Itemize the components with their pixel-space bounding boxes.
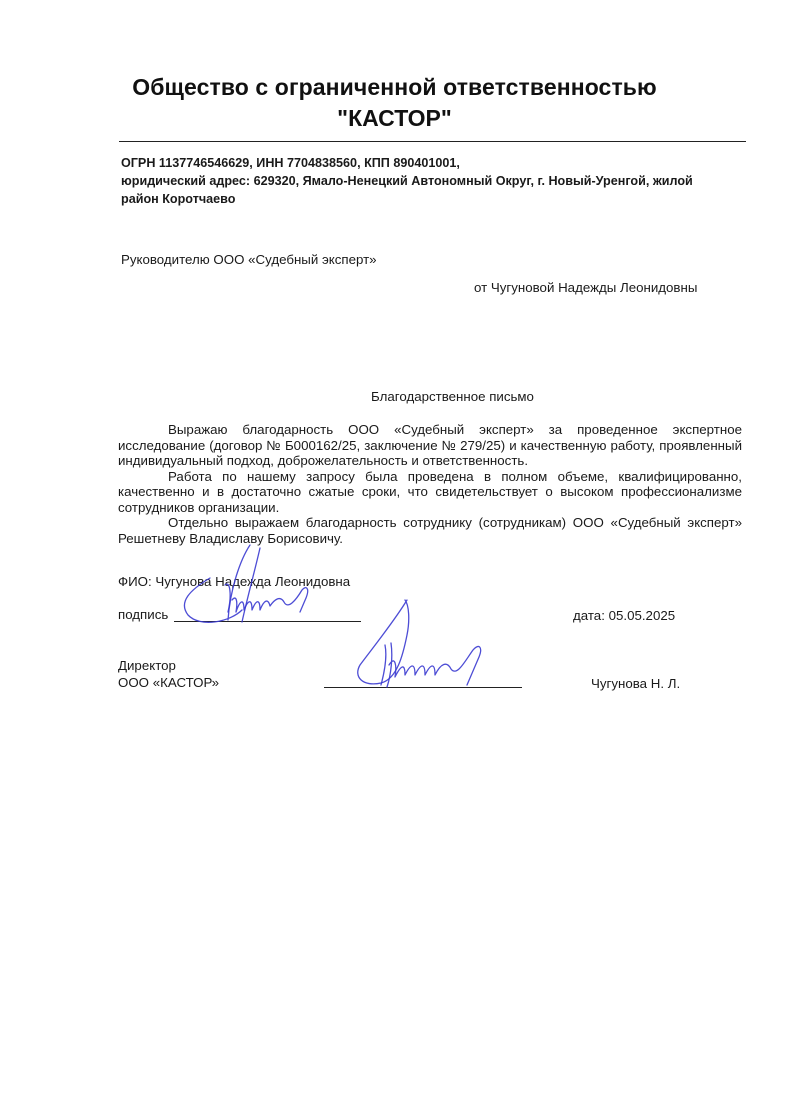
requisites-line3: район Коротчаево: [121, 190, 751, 208]
requisites-line2: юридический адрес: 629320, Ямало-Ненецки…: [121, 172, 751, 190]
letter-body: Выражаю благодарность ООО «Судебный эксп…: [118, 422, 742, 546]
director-signature-icon: [315, 595, 495, 695]
org-requisites: ОГРН 1137746546629, ИНН 7704838560, КПП …: [121, 154, 751, 208]
sender: от Чугуновой Надежды Леонидовны: [474, 280, 697, 295]
director-signature-line: [324, 687, 522, 688]
director-position: Директор ООО «КАСТОР»: [118, 657, 219, 691]
addressee: Руководителю ООО «Судебный эксперт»: [121, 252, 377, 267]
requisites-line1: ОГРН 1137746546629, ИНН 7704838560, КПП …: [121, 154, 751, 172]
signature-label: подпись: [118, 607, 168, 622]
fio-line: ФИО: Чугунова Надежда Леонидовна: [118, 574, 350, 589]
header-divider: [119, 141, 746, 142]
position-line2: ООО «КАСТОР»: [118, 674, 219, 691]
paragraph: Отдельно выражаем благодарность сотрудни…: [118, 515, 742, 546]
date: дата: 05.05.2025: [573, 608, 675, 623]
paragraph: Выражаю благодарность ООО «Судебный эксп…: [118, 422, 742, 469]
letter-title: Благодарственное письмо: [0, 389, 789, 404]
position-line1: Директор: [118, 657, 219, 674]
org-name-line2: "КАСТОР": [0, 105, 789, 132]
org-name-line1: Общество с ограниченной ответственностью: [0, 74, 789, 101]
paragraph: Работа по нашему запросу была проведена …: [118, 469, 742, 516]
signer-name: Чугунова Н. Л.: [591, 676, 680, 691]
signature-line: [174, 621, 361, 622]
